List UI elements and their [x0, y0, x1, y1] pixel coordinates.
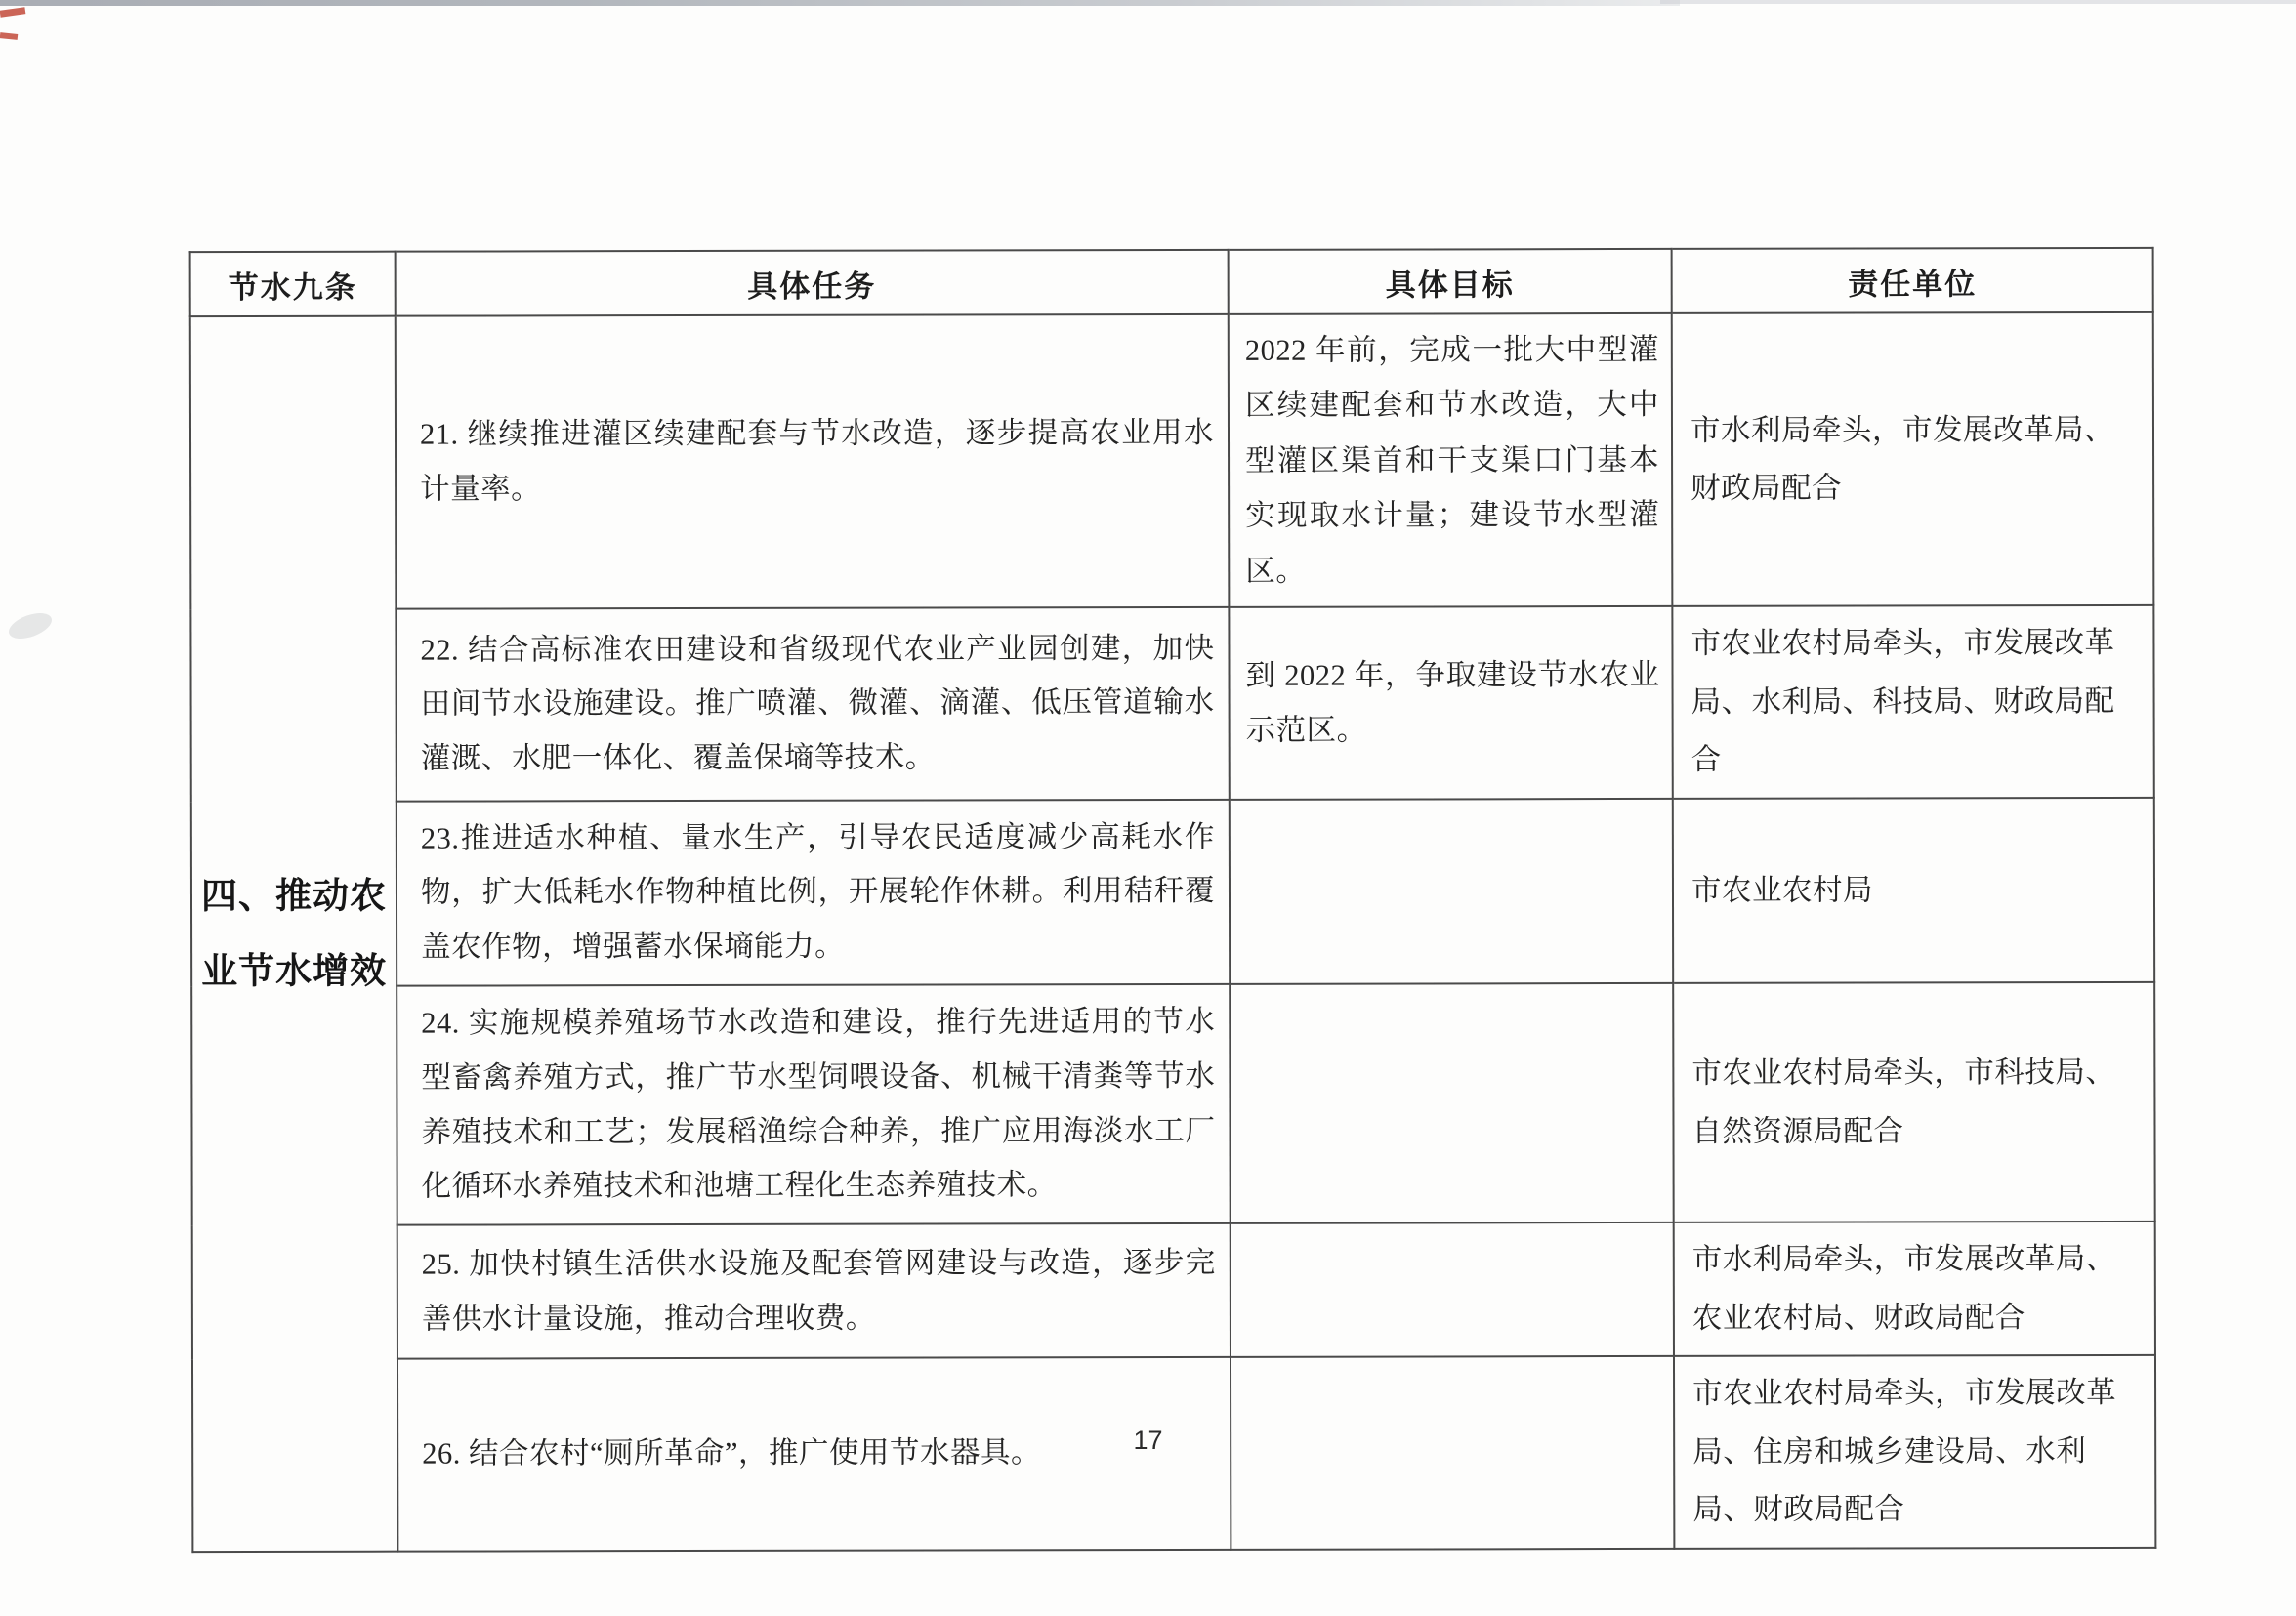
task-cell-21: 21. 继续推进灌区续建配套与节水改造，逐步提高农业用水计量率。: [396, 314, 1230, 609]
goal-cell-21: 2022 年前，完成一批大中型灌区续建配套和节水改造，大中型灌区渠首和干支渠口门…: [1229, 313, 1673, 607]
header-cell-category: 节水九条: [190, 252, 396, 316]
goal-cell-22: 到 2022 年，争取建设节水农业示范区。: [1229, 606, 1672, 799]
goal-cell-23: [1230, 798, 1673, 983]
scan-artifact-smudge: [6, 608, 56, 643]
table-row: 23.推进适水种植、量水生产，引导农民适度减少高耗水作物，扩大低耗水作物种植比例…: [191, 797, 2154, 986]
unit-cell-21: 市水利局牵头，市发展改革局、财政局配合: [1672, 312, 2154, 606]
header-cell-unit: 责任单位: [1672, 248, 2153, 313]
unit-cell-23: 市农业农村局: [1673, 797, 2154, 982]
task-table-wrapper: 节水九条 具体任务 具体目标 责任单位 四、推动农业节水增效 21. 继续推进灌…: [189, 247, 2157, 1553]
goal-cell-25: [1231, 1222, 1674, 1357]
table-row: 25. 加快村镇生活供水设施及配套管网建设与改造，逐步完善供水计量设施，推动合理…: [192, 1222, 2155, 1359]
task-cell-25: 25. 加快村镇生活供水设施及配套管网建设与改造，逐步完善供水计量设施，推动合理…: [397, 1223, 1231, 1359]
goal-cell-24: [1230, 983, 1674, 1223]
header-cell-goal: 具体目标: [1229, 249, 1672, 314]
table-row: 22. 结合高标准农田建设和省级现代农业产业园创建，加快田间节水设施建设。推广喷…: [190, 605, 2153, 802]
water-saving-task-table: 节水九条 具体任务 具体目标 责任单位 四、推动农业节水增效 21. 继续推进灌…: [189, 247, 2157, 1553]
task-cell-22: 22. 结合高标准农田建设和省级现代农业产业园创建，加快田间节水设施建设。推广喷…: [396, 607, 1229, 801]
table-header-row: 节水九条 具体任务 具体目标 责任单位: [190, 248, 2153, 316]
scan-artifact-red-mark: [0, 7, 25, 18]
task-cell-23: 23.推进适水种植、量水生产，引导农民适度减少高耗水作物，扩大低耗水作物种植比例…: [397, 799, 1230, 985]
scan-artifact-top-edge-light: [1660, 0, 2296, 4]
unit-cell-24: 市农业农村局牵头，市科技局、自然资源局配合: [1673, 982, 2155, 1222]
header-cell-task: 具体任务: [396, 250, 1229, 316]
table-row: 24. 实施规模养殖场节水改造和建设，推行先进适用的节水型畜禽养殖方式，推广节水…: [191, 982, 2155, 1225]
scan-artifact-red-mark: [0, 32, 18, 40]
table-row: 四、推动农业节水增效 21. 继续推进灌区续建配套与节水改造，逐步提高农业用水计…: [190, 312, 2154, 609]
page-number: 17: [0, 1426, 2296, 1456]
document-page: 节水九条 具体任务 具体目标 责任单位 四、推动农业节水增效 21. 继续推进灌…: [0, 0, 2296, 1616]
category-cell: 四、推动农业节水增效: [190, 316, 398, 1552]
unit-cell-25: 市水利局牵头，市发展改革局、农业农村局、财政局配合: [1674, 1222, 2155, 1356]
scan-artifact-top-edge: [0, 0, 1680, 6]
task-cell-24: 24. 实施规模养殖场节水改造和建设，推行先进适用的节水型畜禽养殖方式，推广节水…: [397, 984, 1231, 1225]
unit-cell-22: 市农业农村局牵头，市发展改革局、水利局、科技局、财政局配合: [1672, 605, 2153, 798]
